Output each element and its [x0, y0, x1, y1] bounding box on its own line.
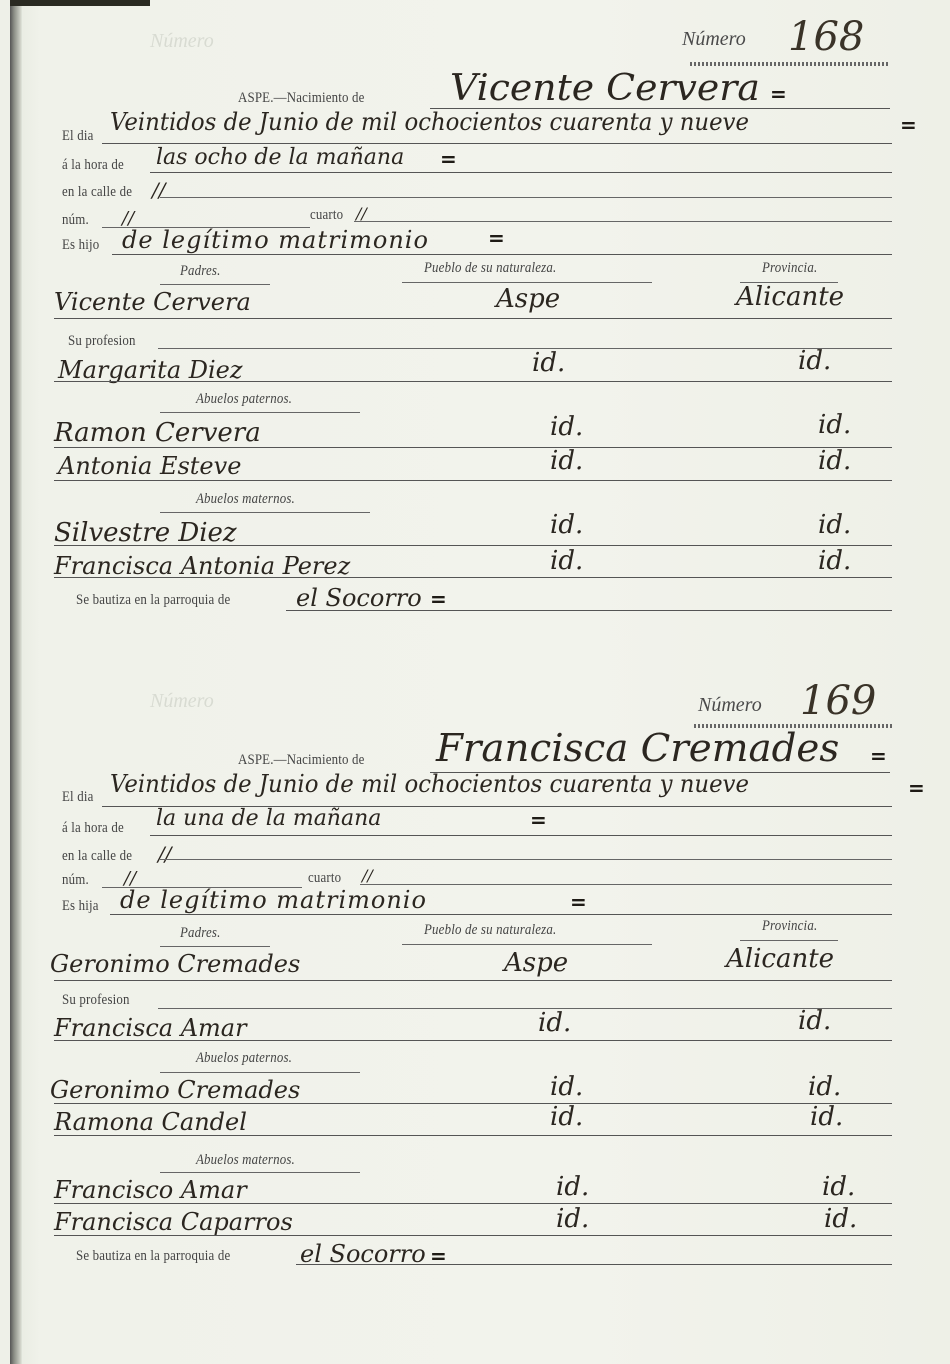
street-value: // [152, 178, 165, 202]
maternal-grandfather-name: Silvestre Diez [54, 518, 237, 548]
room-value: // [362, 866, 373, 885]
bautiza-label: Se bautiza en la parroquia de [76, 1248, 230, 1265]
mother-town: id. [532, 348, 565, 378]
provincia-heading: Provincia. [762, 260, 817, 277]
rule [54, 1235, 892, 1236]
paternal-grandfather-province: id. [818, 410, 851, 440]
paternal-grandfather-town: id. [550, 1072, 583, 1102]
num-label: núm. [62, 872, 89, 889]
rule [160, 197, 892, 198]
parish: el Socorro [296, 584, 422, 612]
line-fill-mark: = [488, 226, 505, 250]
maternal-grandfather-town: id. [550, 510, 583, 540]
calle-label: en la calle de [62, 848, 132, 865]
rule [112, 254, 892, 255]
rule [402, 282, 652, 283]
es-hijo-label: Es hijo [62, 237, 99, 254]
decorative-wavy-rule [690, 62, 890, 66]
paternal-grandfather-name: Geronimo Cremades [50, 1076, 300, 1104]
maternal-grandmother-province: id. [824, 1204, 857, 1234]
birth-date: Veintidos de Junio de mil ochocientos cu… [110, 770, 749, 798]
line-fill-mark: = [770, 82, 787, 106]
rule [160, 512, 370, 513]
paternal-grandfather-province: id. [808, 1072, 841, 1102]
maternal-grandmother-name: Francisca Antonia Perez [54, 552, 350, 580]
rule [160, 412, 360, 413]
register-page: Número Número Número 168 ASPE.—Nacimient… [10, 0, 950, 1364]
rule [158, 348, 892, 349]
rule [160, 1072, 360, 1073]
mother-name: Francisca Amar [54, 1014, 247, 1042]
padres-heading: Padres. [180, 925, 221, 942]
profesion-label: Su profesion [68, 333, 136, 350]
rule [54, 381, 892, 382]
line-fill-mark: = [440, 147, 457, 171]
paternal-grandfather-name: Ramon Cervera [54, 418, 261, 448]
rule [54, 1103, 892, 1104]
dia-label: El dia [62, 789, 93, 806]
father-town: Aspe [496, 284, 560, 314]
abuelos-maternos-heading: Abuelos maternos. [196, 491, 295, 508]
father-province: Alicante [726, 944, 834, 974]
birth-date: Veintidos de Junio de mil ochocientos cu… [110, 108, 749, 136]
paternal-grandmother-town: id. [550, 1102, 583, 1132]
mother-town: id. [538, 1008, 571, 1038]
maternal-grandfather-name: Francisco Amar [54, 1176, 247, 1204]
hora-label: á la hora de [62, 157, 124, 174]
paternal-grandmother-province: id. [810, 1102, 843, 1132]
rule [402, 944, 652, 945]
line-fill-mark: = [900, 113, 917, 137]
bleed-through-mark: Número [150, 30, 214, 53]
es-hija-label: Es hija [62, 898, 99, 915]
rule [54, 577, 892, 578]
child-name: Francisca Cremades [436, 726, 839, 770]
paternal-grandmother-province: id. [818, 446, 851, 476]
rule [740, 940, 838, 941]
rule [160, 859, 892, 860]
rule [54, 1135, 892, 1136]
num-label: núm. [62, 212, 89, 229]
rule [160, 284, 270, 285]
hora-label: á la hora de [62, 820, 124, 837]
rule [54, 1203, 892, 1204]
filiation: de legítimo matrimonio [120, 886, 427, 914]
abuelos-paternos-heading: Abuelos paternos. [196, 1050, 292, 1067]
mother-name: Margarita Diez [58, 356, 243, 384]
street-value: // [158, 842, 171, 866]
maternal-grandmother-town: id. [556, 1204, 589, 1234]
numero-label: Número [682, 28, 746, 51]
rule [160, 1172, 360, 1173]
provincia-heading: Provincia. [762, 918, 817, 935]
rule [360, 884, 892, 885]
rule [54, 545, 892, 546]
paternal-grandfather-town: id. [550, 412, 583, 442]
rule [158, 1008, 892, 1009]
paternal-grandmother-name: Antonia Esteve [58, 452, 241, 480]
padres-heading: Padres. [180, 263, 221, 280]
rule [54, 318, 892, 319]
father-province: Alicante [736, 282, 844, 312]
nacimiento-label: ASPE.—Nacimiento de [238, 90, 365, 107]
line-fill-mark: = [870, 744, 887, 768]
father-name: Geronimo Cremades [50, 950, 300, 978]
rule [54, 447, 892, 448]
abuelos-maternos-heading: Abuelos maternos. [196, 1152, 295, 1169]
mother-province: id. [798, 1006, 831, 1036]
line-fill-mark: = [430, 587, 447, 611]
cuarto-label: cuarto [308, 870, 341, 887]
numero-label: Número [698, 694, 762, 717]
profesion-label: Su profesion [62, 992, 130, 1009]
nacimiento-label: ASPE.—Nacimiento de [238, 752, 365, 769]
rule [102, 143, 892, 144]
rule [286, 610, 892, 611]
birth-hour: la una de la mañana [156, 806, 381, 831]
filiation: de legítimo matrimonio [122, 226, 429, 254]
bleed-through-mark: Número [150, 690, 214, 713]
line-fill-mark: = [570, 890, 587, 914]
page-top-shadow [10, 0, 150, 6]
rule [54, 980, 892, 981]
line-fill-mark: = [908, 776, 925, 800]
father-town: Aspe [504, 948, 568, 978]
rule [160, 946, 270, 947]
cuarto-label: cuarto [310, 207, 343, 224]
maternal-grandfather-province: id. [818, 510, 851, 540]
rule [54, 1040, 892, 1041]
father-name: Vicente Cervera [54, 288, 251, 316]
line-fill-mark: = [530, 808, 547, 832]
rule [150, 172, 892, 173]
paternal-grandmother-town: id. [550, 446, 583, 476]
rule [296, 1264, 892, 1265]
rule [150, 835, 892, 836]
rule [110, 914, 892, 915]
bautiza-label: Se bautiza en la parroquia de [76, 592, 230, 609]
maternal-grandmother-province: id. [818, 546, 851, 576]
entry-number: 168 [788, 14, 864, 60]
maternal-grandmother-town: id. [550, 546, 583, 576]
dia-label: El dia [62, 128, 93, 145]
mother-province: id. [798, 346, 831, 376]
maternal-grandfather-province: id. [822, 1172, 855, 1202]
maternal-grandmother-name: Francisca Caparros [54, 1208, 293, 1236]
calle-label: en la calle de [62, 184, 132, 201]
page-binding-edge [10, 0, 22, 1364]
abuelos-paternos-heading: Abuelos paternos. [196, 391, 292, 408]
pueblo-heading: Pueblo de su naturaleza. [424, 922, 556, 939]
paternal-grandmother-name: Ramona Candel [54, 1108, 247, 1136]
pueblo-heading: Pueblo de su naturaleza. [424, 260, 556, 277]
entry-number: 169 [800, 678, 876, 724]
birth-hour: las ocho de la mañana [156, 145, 404, 170]
child-name: Vicente Cervera [450, 68, 760, 109]
rule [354, 221, 892, 222]
rule [54, 480, 892, 481]
maternal-grandfather-town: id. [556, 1172, 589, 1202]
